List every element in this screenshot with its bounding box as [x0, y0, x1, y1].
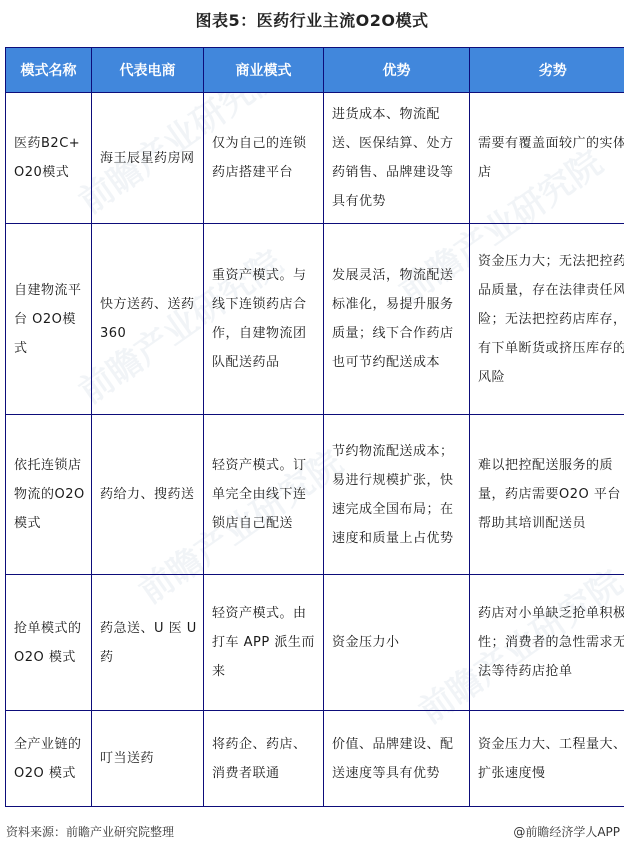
cell-advantages: 资金压力小	[324, 575, 470, 711]
cell-disadvantages: 需要有覆盖面较广的实体店	[470, 93, 624, 224]
table-row: 依托连锁店物流的O2O 模式 药给力、搜药送 轻资产模式。订单完全由线下连锁店自…	[6, 415, 624, 575]
cell-representative: 海王辰星药房网	[92, 93, 204, 224]
cell-representative: 药给力、搜药送	[92, 415, 204, 575]
cell-business-model: 轻资产模式。由打车 APP 派生而来	[204, 575, 324, 711]
table-row: 自建物流平台 O2O模式 快方送药、送药 360 重资产模式。与线下连锁药店合作…	[6, 224, 624, 415]
cell-mode: 医药B2C+O20模式	[6, 93, 92, 224]
header-representative: 代表电商	[92, 48, 204, 93]
cell-mode: 依托连锁店物流的O2O 模式	[6, 415, 92, 575]
cell-advantages: 节约物流配送成本；易进行规模扩张，快速完成全国布局；在速度和质量上占优势	[324, 415, 470, 575]
cell-mode: 抢单模式的 O2O 模式	[6, 575, 92, 711]
cell-disadvantages: 资金压力大；无法把控药品质量，存在法律责任风险；无法把控药店库存，有下单断货或挤…	[470, 224, 624, 415]
cell-mode: 自建物流平台 O2O模式	[6, 224, 92, 415]
cell-advantages: 价值、品牌建设、配送速度等具有优势	[324, 711, 470, 807]
cell-business-model: 重资产模式。与线下连锁药店合作，自建物流团队配送药品	[204, 224, 324, 415]
cell-business-model: 将药企、药店、消费者联通	[204, 711, 324, 807]
cell-disadvantages: 药店对小单缺乏抢单积极性；消费者的急性需求无法等待药店抢单	[470, 575, 624, 711]
cell-business-model: 仅为自己的连锁药店搭建平台	[204, 93, 324, 224]
table-row: 抢单模式的 O2O 模式 药急送、U 医 U 药 轻资产模式。由打车 APP 派…	[6, 575, 624, 711]
header-advantages: 优势	[324, 48, 470, 93]
table-header-row: 模式名称 代表电商 商业模式 优势 劣势	[6, 48, 624, 93]
figure-title: 图表5：医药行业主流O2O模式	[0, 8, 624, 31]
cell-mode: 全产业链的 O2O 模式	[6, 711, 92, 807]
header-disadvantages: 劣势	[470, 48, 624, 93]
header-business-model: 商业模式	[204, 48, 324, 93]
table-row: 全产业链的 O2O 模式 叮当送药 将药企、药店、消费者联通 价值、品牌建设、配…	[6, 711, 624, 807]
cell-disadvantages: 资金压力大、工程量大、扩张速度慢	[470, 711, 624, 807]
cell-business-model: 轻资产模式。订单完全由线下连锁店自己配送	[204, 415, 324, 575]
table-row: 医药B2C+O20模式 海王辰星药房网 仅为自己的连锁药店搭建平台 进货成本、物…	[6, 93, 624, 224]
header-mode-name: 模式名称	[6, 48, 92, 93]
o2o-modes-table: 模式名称 代表电商 商业模式 优势 劣势 医药B2C+O20模式 海王辰星药房网…	[5, 47, 624, 807]
cell-advantages: 进货成本、物流配送、医保结算、处方药销售、品牌建设等具有优势	[324, 93, 470, 224]
source-note: 资料来源：前瞻产业研究院整理	[6, 823, 174, 840]
cell-representative: 快方送药、送药 360	[92, 224, 204, 415]
cell-representative: 叮当送药	[92, 711, 204, 807]
brand-credit: @前瞻经济学人APP	[513, 823, 620, 840]
cell-disadvantages: 难以把控配送服务的质量，药店需要O2O 平台帮助其培训配送员	[470, 415, 624, 575]
cell-advantages: 发展灵活，物流配送标准化，易提升服务质量；线下合作药店也可节约配送成本	[324, 224, 470, 415]
cell-representative: 药急送、U 医 U 药	[92, 575, 204, 711]
